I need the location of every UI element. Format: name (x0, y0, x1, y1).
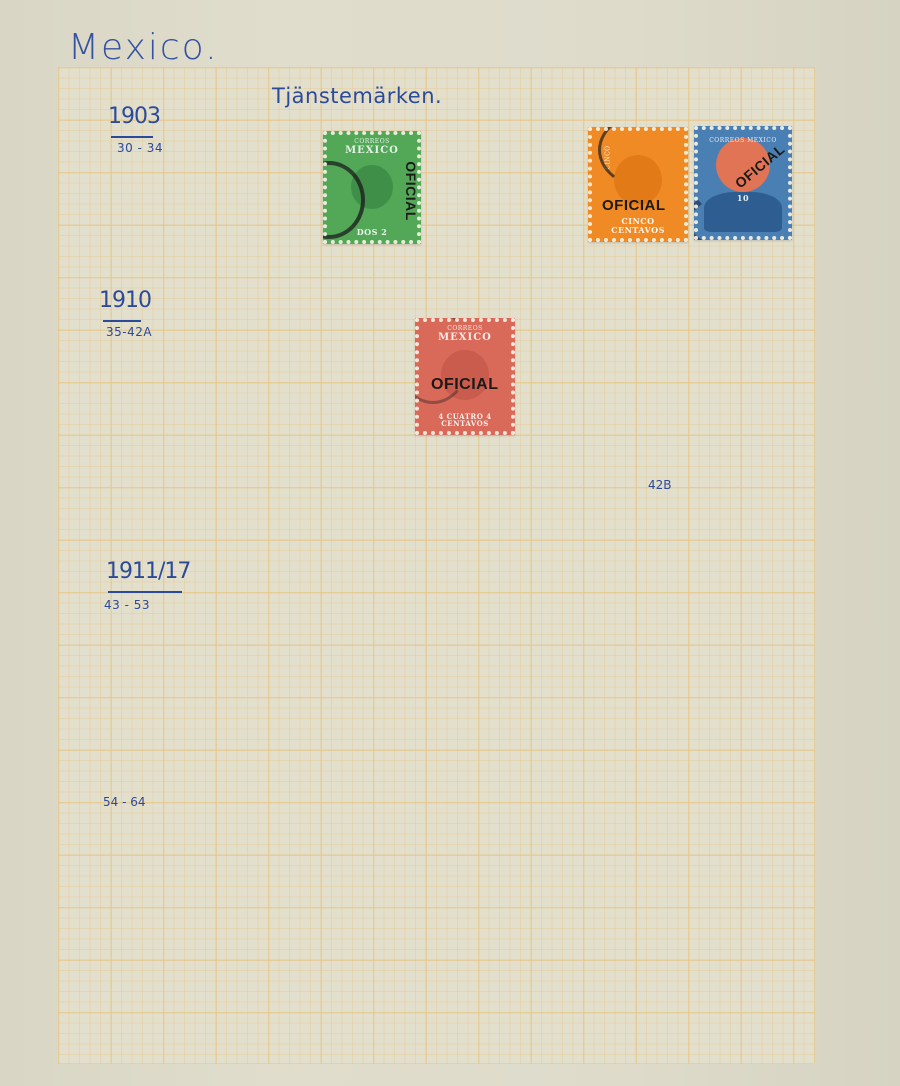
catalog-range-1910: 35-42A (106, 326, 152, 338)
note-54-64: 54 - 64 (103, 796, 146, 808)
stamp-value-label: DOS 2 (357, 227, 388, 237)
stamp-red-4-centavos[interactable]: CORREOS MEXICO 4 CUATRO 4 CENTAVOS OFICI… (415, 318, 515, 435)
stamp-top-label: CORREOS (345, 138, 399, 145)
stamp-value-label: 4 CUATRO 4 CENTAVOS (425, 413, 505, 428)
stamp-side-label: CORREOS MEXICO (709, 137, 777, 144)
year-underline (103, 320, 141, 322)
year-label-1903: 1903 (108, 106, 160, 128)
note-42b: 42B (648, 479, 672, 491)
stamp-orange-5-centavos[interactable]: CINCO CINCO CENTAVOS OFICIAL (588, 127, 688, 242)
stamp-value-label: CINCO CENTAVOS (603, 217, 673, 235)
year-underline (111, 136, 153, 138)
postmark-cancel (694, 186, 792, 240)
country-title: Mexico. (68, 30, 219, 66)
year-underline (108, 591, 182, 593)
album-page: Mexico. Tjänstemärken. 1903 30 - 34 1910… (0, 0, 900, 1086)
year-label-1911-17: 1911/17 (106, 561, 190, 583)
oficial-overprint: OFICIAL (403, 161, 419, 221)
catalog-range-1903: 30 - 34 (117, 142, 163, 154)
stamp-country-label: MEXICO (345, 145, 399, 156)
year-label-1910: 1910 (99, 290, 151, 312)
stamp-blue-10-centavos[interactable]: CORREOS MEXICO 10 OFICIAL (694, 126, 792, 240)
oficial-overprint: OFICIAL (602, 197, 666, 214)
section-heading: Tjänstemärken. (272, 86, 442, 107)
stamp-green-2-centavos[interactable]: CORREOS MEXICO DOS 2 OFICIAL (323, 131, 421, 244)
catalog-range-1911-17: 43 - 53 (104, 599, 150, 611)
